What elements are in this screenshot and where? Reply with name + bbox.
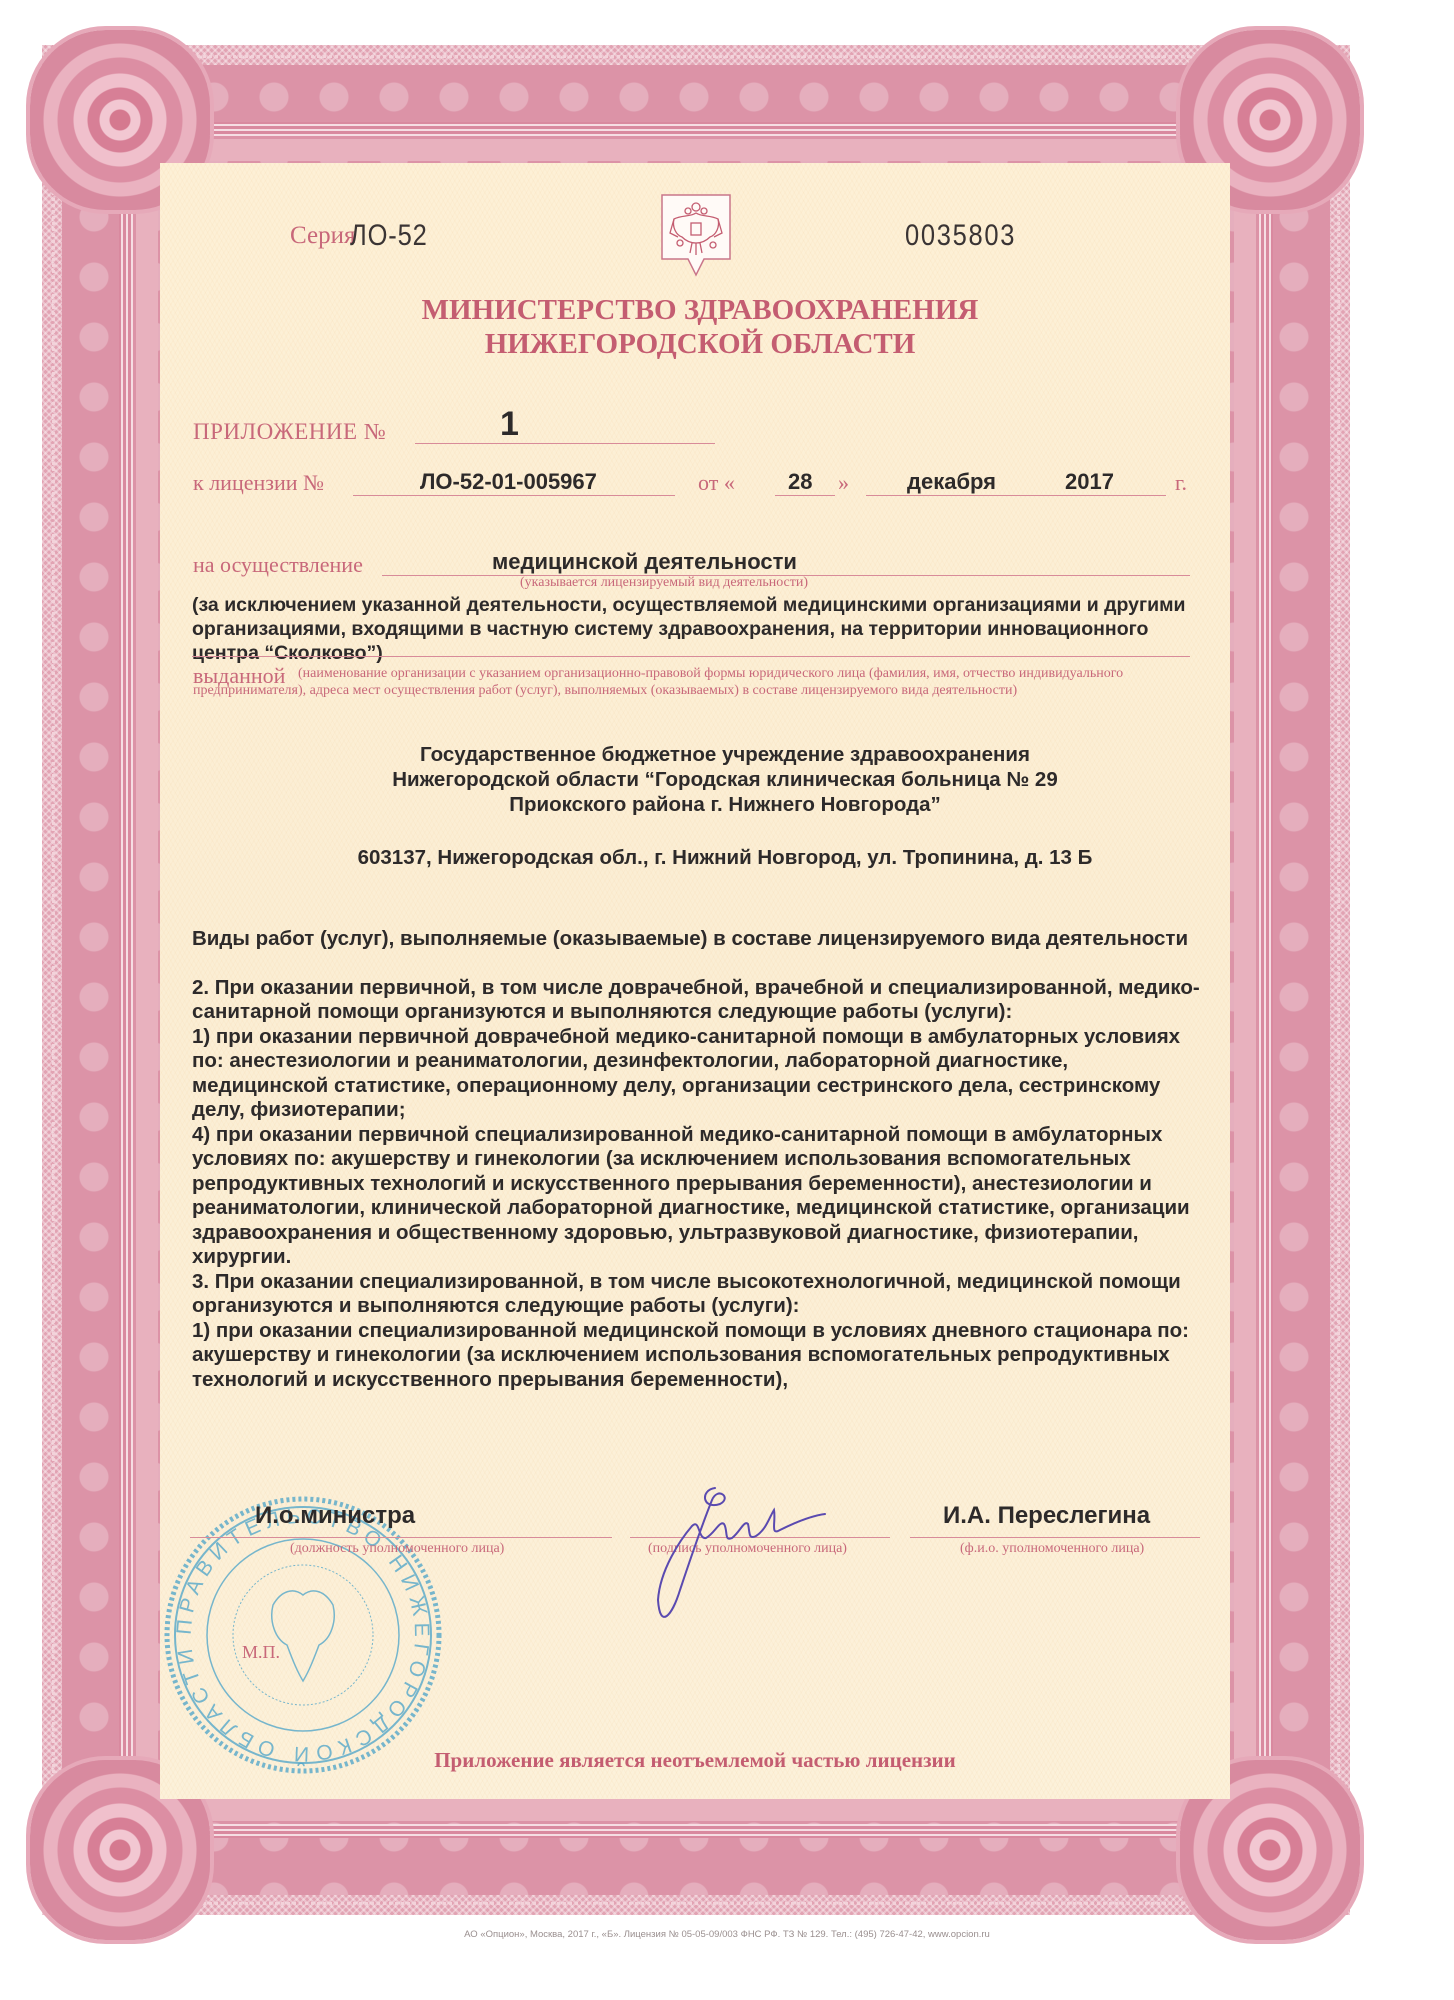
works-paragraph: 1) при оказании первичной доврачебной ме… — [192, 1025, 1202, 1123]
name-underline — [910, 1537, 1200, 1538]
seal-place-label: М.П. — [242, 1642, 280, 1663]
works-paragraph: 1) при оказании специализированной медиц… — [192, 1319, 1202, 1393]
exclusion-underline — [192, 656, 1190, 657]
date-underline — [866, 495, 1166, 496]
appendix-label: ПРИЛОЖЕНИЕ № — [193, 419, 386, 445]
activity-label: на осуществление — [193, 552, 363, 578]
issued-hint: (наименование организации с указанием ор… — [193, 665, 1193, 699]
integral-part-note: Приложение является неотъемлемой частью … — [260, 1748, 1130, 1773]
activity-hint: (указывается лицензируемый вид деятельно… — [520, 575, 808, 591]
handwritten-signature — [620, 1480, 840, 1630]
printer-imprint: АО «Опцион», Москва, 2017 г., «Б». Лицен… — [100, 1929, 1354, 1940]
activity-exclusion: (за исключением указанной деятельности, … — [192, 593, 1192, 665]
organization-name: Государственное бюджетное учреждение здр… — [230, 742, 1220, 817]
activity-value: медицинской деятельности — [492, 549, 797, 575]
authority-title-line2: НИЖЕГОРОДСКОЙ ОБЛАСТИ — [260, 327, 1140, 361]
signatory-position: И.о.министра — [255, 1502, 415, 1530]
authority-title-line1: МИНИСТЕРСТВО ЗДРАВООХРАНЕНИЯ — [260, 293, 1140, 327]
organization-name-line: Нижегородской области “Городская клиниче… — [230, 767, 1220, 792]
day-underline — [775, 495, 835, 496]
licence-day: 28 — [788, 469, 812, 495]
year-suffix: г. — [1175, 470, 1187, 496]
date-prefix: от « — [698, 470, 735, 496]
form-number: 0035803 — [905, 219, 1016, 253]
signatory-name: И.А. Переслегина — [943, 1502, 1150, 1530]
organization-name-line: Приокского района г. Нижнего Новгорода” — [230, 792, 1220, 817]
series-label: Серия — [290, 222, 355, 250]
russian-coat-of-arms-icon — [660, 193, 732, 278]
works-section: Виды работ (услуг), выполняемые (оказыва… — [192, 927, 1202, 1392]
position-underline — [190, 1537, 612, 1538]
date-mid: » — [838, 470, 849, 496]
licence-month: декабря — [907, 469, 996, 495]
series-value: ЛО-52 — [350, 219, 428, 253]
licence-number: ЛО-52-01-005967 — [420, 469, 597, 495]
licence-year: 2017 — [1065, 469, 1114, 495]
works-paragraph: 4) при оказании первичной специализирова… — [192, 1123, 1202, 1270]
licence-label: к лицензии № — [193, 470, 324, 496]
appendix-underline — [415, 443, 715, 444]
licence-underline — [353, 495, 675, 496]
position-hint: (должность уполномоченного лица) — [290, 1541, 504, 1557]
issued-label: выданной — [193, 663, 285, 689]
organization-address: 603137, Нижегородская обл., г. Нижний Но… — [230, 846, 1220, 870]
appendix-number: 1 — [500, 405, 519, 444]
works-paragraph: 3. При оказании специализированной, в то… — [192, 1270, 1202, 1319]
works-heading: Виды работ (услуг), выполняемые (оказыва… — [192, 927, 1202, 952]
name-hint: (ф.и.о. уполномоченного лица) — [960, 1541, 1144, 1557]
works-paragraph: 2. При оказании первичной, в том числе д… — [192, 976, 1202, 1025]
organization-name-line: Государственное бюджетное учреждение здр… — [230, 742, 1220, 767]
